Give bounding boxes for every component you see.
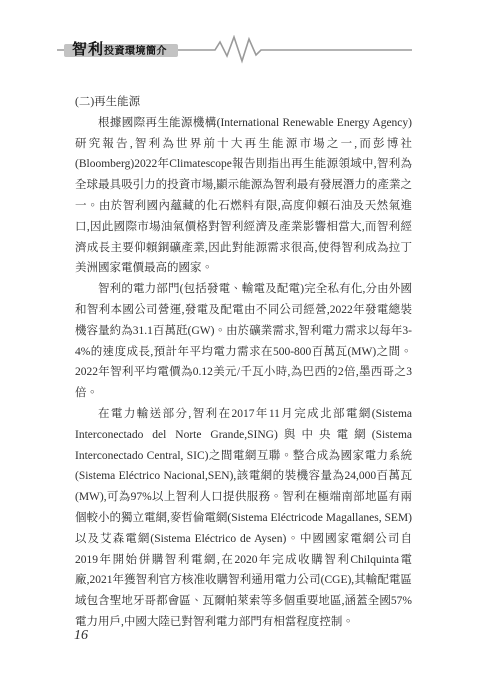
paragraph-renewable-overview: 根據國際再生能源機構(International Renewable Energ… [75, 113, 412, 279]
paragraph-transmission-grid: 在電力輸送部分,智利在2017年11月完成北部電網(Sistema Interc… [75, 404, 412, 633]
page-header: 智利投資環境簡介 [0, 0, 480, 70]
section-heading: (二)再生能源 [75, 92, 412, 113]
chapter-title: 智利投資環境簡介 [72, 38, 167, 59]
paragraph-power-sector: 智利的電力部門(包括發電、輸電及配電)完全私有化,分由外國和智利本國公司營運,發… [75, 279, 412, 404]
chapter-title-sub: 投資環境簡介 [104, 42, 167, 57]
page-number: 16 [74, 628, 88, 644]
document-page: 智利投資環境簡介 (二)再生能源 根據國際再生能源機構(Internationa… [0, 0, 480, 679]
chapter-title-main: 智利 [72, 38, 104, 59]
page-body: (二)再生能源 根據國際再生能源機構(International Renewab… [75, 92, 412, 633]
